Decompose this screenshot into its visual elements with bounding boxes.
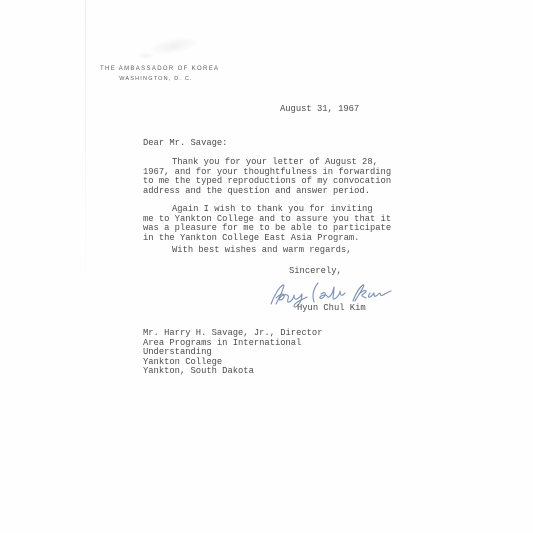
salutation: Dear Mr. Savage: — [143, 139, 227, 149]
scan-smudge-small — [136, 52, 156, 59]
paragraph-1: Thank you for your letter of August 28, … — [143, 158, 443, 196]
letterhead-city: WASHINGTON, D. C. — [100, 76, 212, 82]
letter-date: August 31, 1967 — [280, 105, 359, 115]
regards-line: With best wishes and warm regards, — [143, 246, 443, 256]
signature-typed-name: Hyun Chul Kim — [297, 304, 366, 314]
paragraph-2: Again I wish to thank you for inviting m… — [143, 205, 443, 243]
letterhead: THE AMBASSADOR OF KOREA WASHINGTON, D. C… — [100, 66, 212, 82]
recipient-address: Mr. Harry H. Savage, Jr., Director Area … — [143, 329, 443, 377]
letterhead-title: THE AMBASSADOR OF KOREA — [100, 66, 212, 72]
page-edge-shadow — [85, 0, 86, 300]
closing: Sincerely, — [289, 267, 342, 277]
letter-page: THE AMBASSADOR OF KOREA WASHINGTON, D. C… — [0, 0, 533, 533]
